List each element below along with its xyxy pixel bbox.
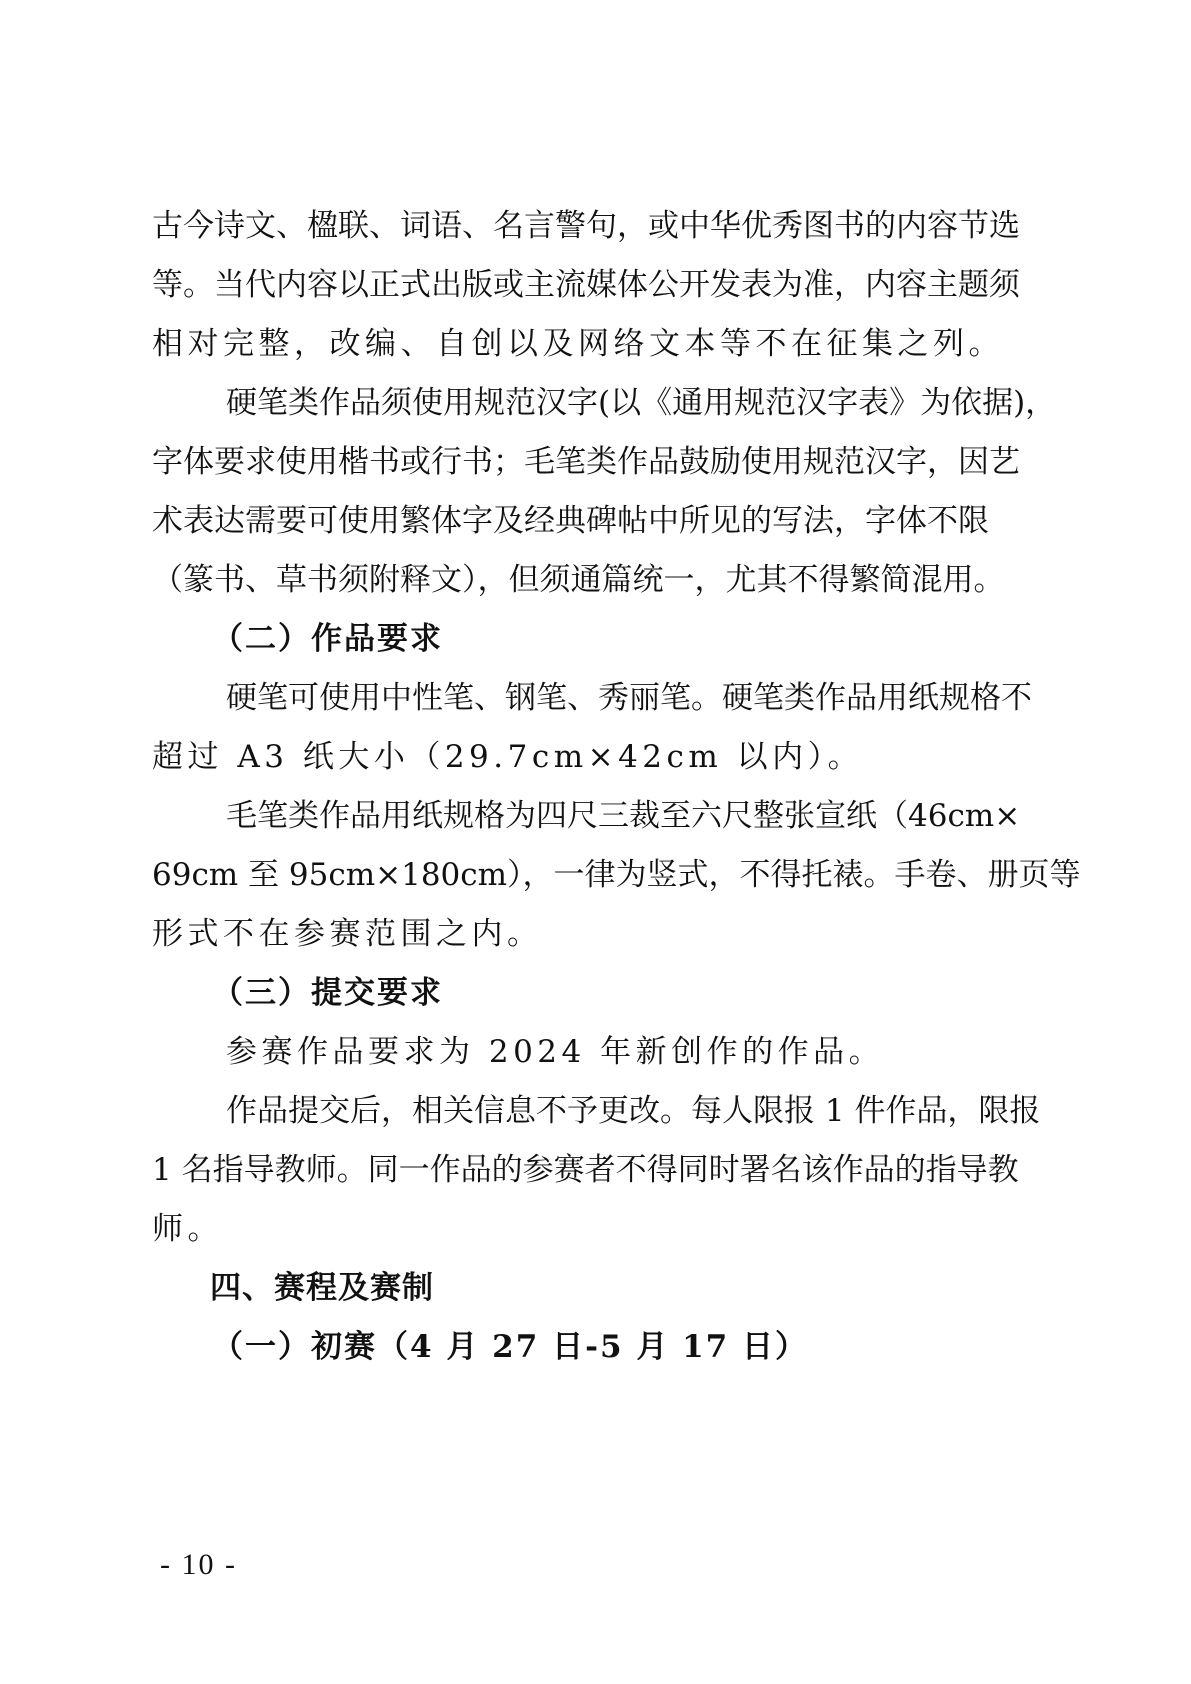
body-text-line: 形式不在参赛范围之内。 <box>152 914 982 954</box>
body-text-line: 69cm 至 95cm×180cm），一律为竖式，不得托裱。手卷、册页等 <box>152 855 970 895</box>
body-text-line: 相对完整，改编、自创以及网络文本等不在征集之列。 <box>152 324 982 364</box>
body-text-line: 1 名指导教师。同一作品的参赛者不得同时署名该作品的指导教 <box>152 1150 970 1190</box>
body-text-line: 作品提交后，相关信息不予更改。每人限报 1 件作品，限报 <box>226 1091 970 1131</box>
section-heading: （三）提交要求 <box>212 973 1042 1013</box>
document-page: 古今诗文、楹联、词语、名言警句，或中华优秀图书的内容节选 等。当代内容以正式出版… <box>0 0 1191 1684</box>
chapter-heading: 四、赛程及赛制 <box>210 1268 1040 1308</box>
body-text-line: 字体要求使用楷书或行书；毛笔类作品鼓励使用规范汉字，因艺 <box>152 442 970 482</box>
body-text-line: 参赛作品要求为 2024 年新创作的作品。 <box>226 1032 1056 1072</box>
body-text-line: 硬笔类作品须使用规范汉字(以《通用规范汉字表》为依据)， <box>226 383 970 423</box>
body-text-line: 等。当代内容以正式出版或主流媒体公开发表为准，内容主题须 <box>152 265 970 305</box>
body-text-line: 古今诗文、楹联、词语、名言警句，或中华优秀图书的内容节选 <box>152 206 970 246</box>
body-text-line: （篆书、草书须附释文），但须通篇统一，尤其不得繁简混用。 <box>152 560 970 600</box>
body-text-line: 术表达需要可使用繁体字及经典碑帖中所见的写法，字体不限 <box>152 501 970 541</box>
section-heading: （一）初赛（4 月 27 日-5 月 17 日） <box>212 1327 1042 1367</box>
body-text-line: 超过 A3 纸大小（29.7cm×42cm 以内）。 <box>152 737 982 777</box>
page-number: - 10 - <box>160 1545 237 1585</box>
body-text-line: 毛笔类作品用纸规格为四尺三裁至六尺整张宣纸（46cm× <box>226 796 970 836</box>
section-heading: （二）作品要求 <box>212 619 1042 659</box>
body-text-line: 师。 <box>152 1209 982 1249</box>
body-text-line: 硬笔可使用中性笔、钢笔、秀丽笔。硬笔类作品用纸规格不 <box>226 678 970 718</box>
